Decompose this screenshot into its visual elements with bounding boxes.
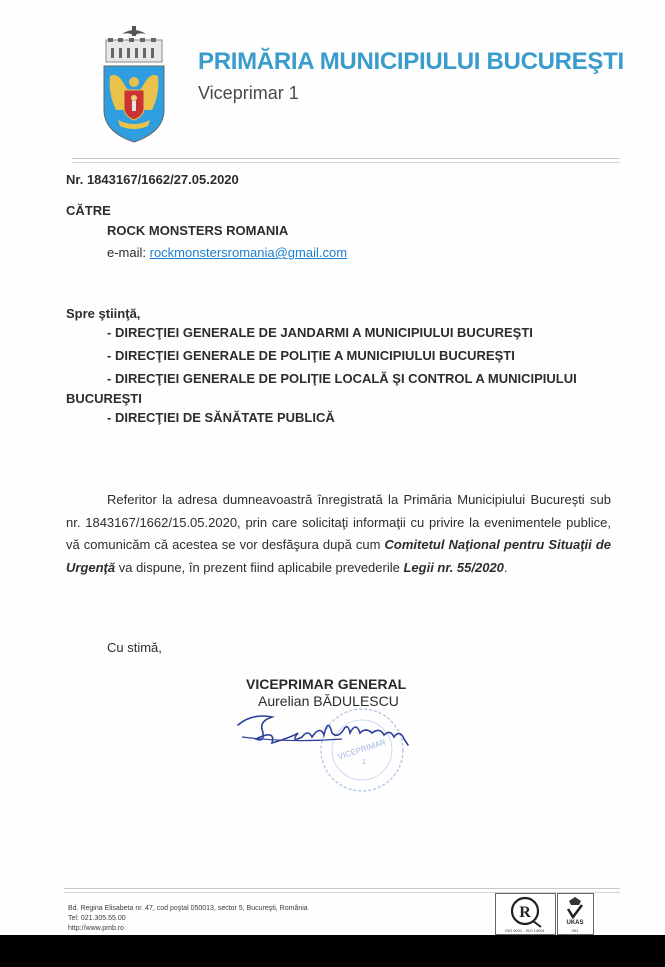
cc-label: Spre ştiinţă,: [66, 306, 140, 321]
bucharest-coat-of-arms-icon: [100, 24, 168, 144]
email-label: e-mail:: [107, 245, 150, 260]
svg-text:1: 1: [362, 759, 366, 766]
screen-bottom-bar: [0, 935, 665, 967]
letter-page: PRIMĂRIA MUNICIPIULUI BUCUREŞTI Viceprim…: [0, 0, 665, 935]
closing-salutation: Cu stimă,: [107, 640, 162, 655]
recipient-name: ROCK MONSTERS ROMANIA: [107, 223, 288, 238]
body-text: .: [504, 560, 508, 575]
svg-text:UKAS: UKAS: [566, 920, 583, 926]
reference-number: Nr. 1843167/1662/27.05.2020: [66, 172, 239, 187]
recipient-email-row: e-mail: rockmonstersromania@gmail.com: [107, 245, 347, 260]
cc-item: - DIRECŢIEI GENERALE DE POLIŢIE LOCALĂ Ş…: [107, 371, 577, 386]
cc-item: - DIRECŢIEI GENERALE DE POLIŢIE A MUNICI…: [107, 348, 515, 363]
footer-phone: Tel: 021.305.55.00: [68, 915, 126, 922]
letter-body: Referitor la adresa dumneavoastră înregi…: [66, 489, 611, 579]
handwritten-signature-icon: [232, 703, 432, 753]
signatory-title: VICEPRIMAR GENERAL: [246, 676, 406, 692]
iso-certification-logo-icon: R ISO 9001 - ISO 14001 UKAS 001: [495, 893, 605, 935]
cc-item: - DIRECŢIEI GENERALE DE JANDARMI A MUNIC…: [107, 325, 533, 340]
footer-address: Bd. Regina Elisabeta nr. 47, cod poştal …: [68, 905, 308, 912]
svg-text:ISO 9001 - ISO 14001: ISO 9001 - ISO 14001: [505, 928, 545, 933]
to-label: CĂTRE: [66, 203, 111, 218]
recipient-email-link[interactable]: rockmonstersromania@gmail.com: [150, 245, 347, 260]
organization-title: PRIMĂRIA MUNICIPIULUI BUCUREŞTI: [198, 48, 624, 76]
department-subtitle: Viceprimar 1: [198, 83, 299, 104]
footer-website[interactable]: http://www.pmb.ro: [68, 925, 124, 932]
cc-item-continuation: BUCUREŞTI: [66, 391, 142, 406]
header-divider: [72, 158, 620, 163]
cc-item: - DIRECŢIEI DE SĂNĂTATE PUBLICĂ: [107, 410, 335, 425]
svg-text:001: 001: [572, 928, 579, 933]
svg-text:R: R: [519, 904, 531, 921]
body-text: va dispune, în prezent fiind aplicabile …: [115, 560, 403, 575]
body-emphasis-law: Legii nr. 55/2020: [403, 560, 503, 575]
